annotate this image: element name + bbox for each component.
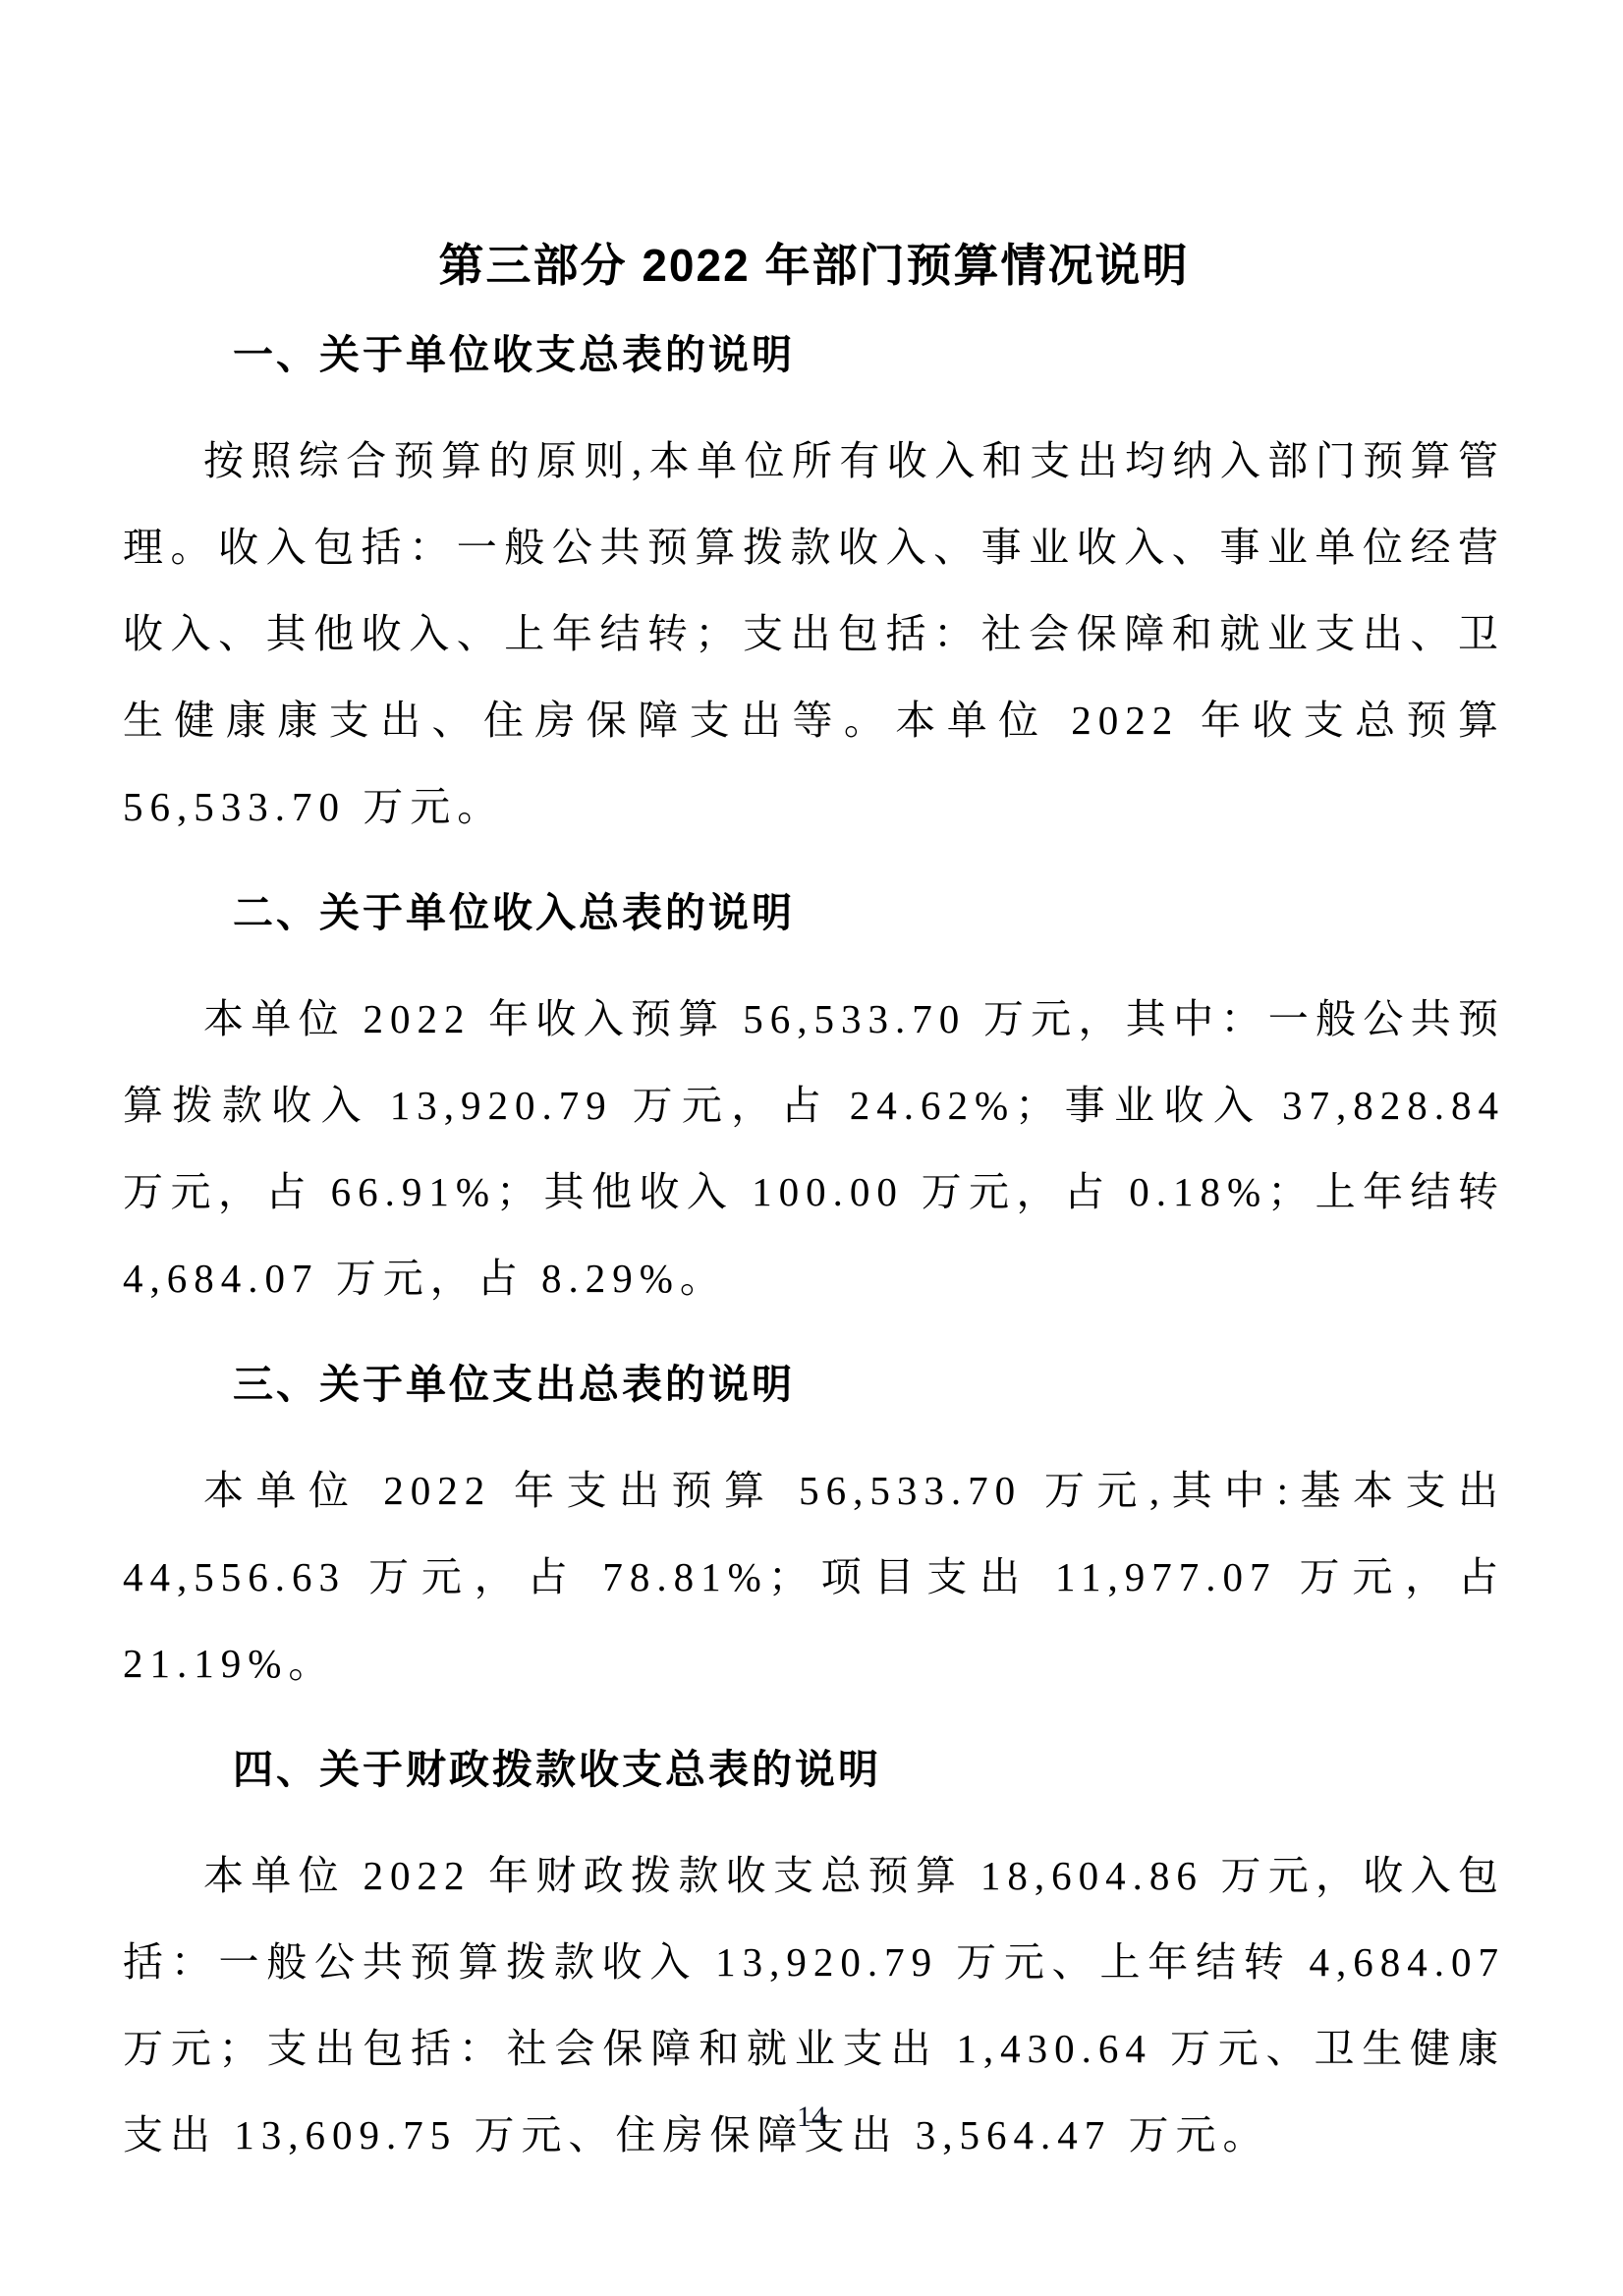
page-title: 第三部分 2022 年部门预算情况说明 <box>123 239 1505 292</box>
section-heading-3: 三、关于单位支出总表的说明 <box>123 1361 1505 1408</box>
section-income-expense-summary: 一、关于单位收支总表的说明 按照综合预算的原则,本单位所有收入和支出均纳入部门预… <box>123 331 1505 850</box>
page-number: 14 <box>797 2100 826 2133</box>
section-heading-4: 四、关于财政拨款收支总表的说明 <box>123 1746 1505 1793</box>
section-expense-summary: 三、关于单位支出总表的说明 本单位 2022 年支出预算 56,533.70 万… <box>123 1361 1505 1707</box>
section-heading-2: 二、关于单位收入总表的说明 <box>123 889 1505 936</box>
document-page: 第三部分 2022 年部门预算情况说明 一、关于单位收支总表的说明 按照综合预算… <box>0 0 1623 2296</box>
section-paragraph-1: 按照综合预算的原则,本单位所有收入和支出均纳入部门预算管理。收入包括：一般公共预… <box>123 418 1505 850</box>
section-income-summary: 二、关于单位收入总表的说明 本单位 2022 年收入预算 56,533.70 万… <box>123 889 1505 1321</box>
page-footer: 14 <box>0 2100 1623 2134</box>
section-paragraph-2: 本单位 2022 年收入预算 56,533.70 万元，其中：一般公共预算拨款收… <box>123 976 1505 1321</box>
section-paragraph-3: 本单位 2022 年支出预算 56,533.70 万元,其中:基本支出 44,5… <box>123 1447 1505 1707</box>
document-content: 第三部分 2022 年部门预算情况说明 一、关于单位收支总表的说明 按照综合预算… <box>0 239 1623 2178</box>
section-heading-1: 一、关于单位收支总表的说明 <box>123 331 1505 378</box>
